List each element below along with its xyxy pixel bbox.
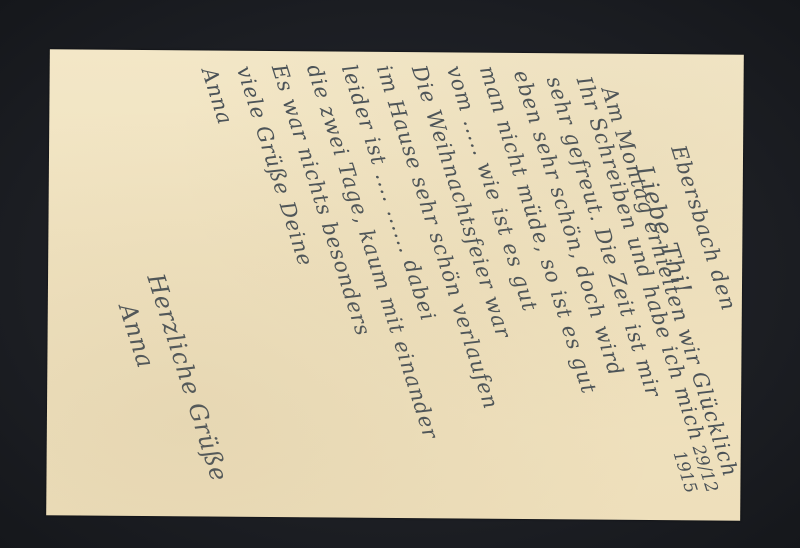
salutation: Liebe Thi! bbox=[630, 162, 697, 298]
text-line-8: im Hause sehr schön verlaufen bbox=[372, 62, 503, 412]
closing: Herzliche Grüße bbox=[141, 270, 233, 485]
place-date-line: Ebersbach den bbox=[666, 142, 741, 314]
text-line-3: sehr gefreut. Die Zeit ist mir bbox=[542, 73, 666, 400]
text-line-9: leider ist .... ...... dabei bbox=[337, 62, 441, 324]
postcard: Ebersbach den 29/12 1915 Liebe Thi! Am M… bbox=[46, 49, 744, 520]
text-line-10: die zwei Tage, kaum mit einander bbox=[302, 61, 443, 442]
text-line-7: Die Weihnachtsfeier war bbox=[407, 62, 516, 341]
text-line-1: Am Montag erhielten wir Glücklich bbox=[597, 84, 743, 480]
text-line-2: Ihr Schreiben und habe ich mich bbox=[572, 74, 710, 444]
text-line-4: eben sehr schön, doch wird bbox=[509, 67, 628, 379]
text-line-11: Es war nichts besonders bbox=[267, 61, 375, 339]
signature: Anna bbox=[113, 300, 160, 372]
text-line-13: Anna bbox=[197, 65, 238, 128]
date-text: 29/12 1915 bbox=[669, 442, 722, 501]
text-line-5: man nicht müde, so ist es gut bbox=[475, 63, 601, 397]
text-line-12: viele Grüße Deine bbox=[232, 63, 318, 270]
text-line-6: vom ..... wie ist es gut bbox=[442, 63, 542, 315]
